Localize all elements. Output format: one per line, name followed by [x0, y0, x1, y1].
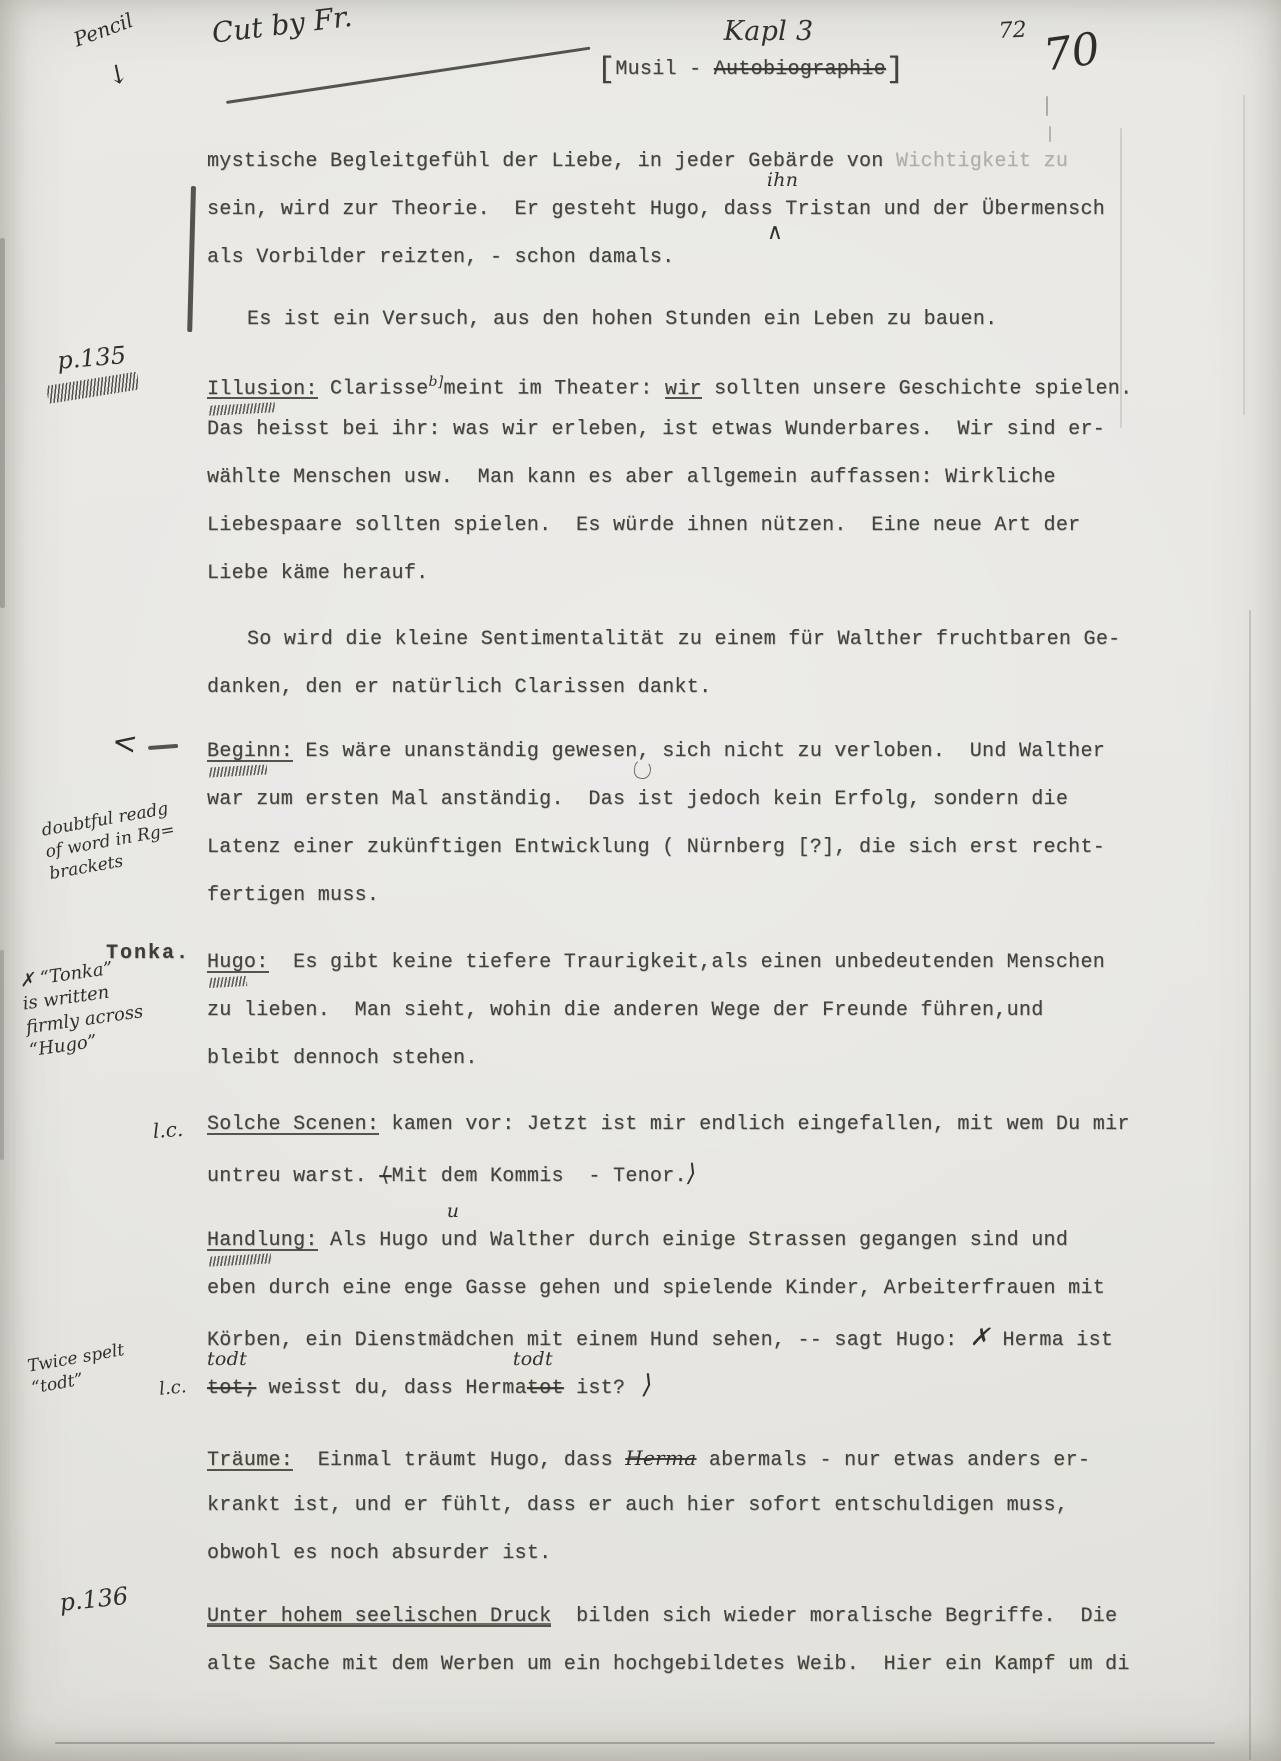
- annotated-segment: Hugo:: [207, 951, 269, 974]
- insert-angle-mark: <: [110, 722, 140, 764]
- manuscript-page: [Musil - AutobiographieKapl 3]mystische …: [0, 0, 1281, 1761]
- caret-insert-icon: ∧: [767, 222, 783, 244]
- ditto-mark-1: [1046, 96, 1048, 116]
- typed-segment: eben durch eine enge Gasse gehen und spi…: [207, 1277, 1105, 1300]
- typed-segment: Latenz einer zukünftigen Entwicklung ( N…: [207, 836, 798, 859]
- typed-line: zu lieben. Man sieht, wohin die anderen …: [207, 987, 1105, 1035]
- paragraph-6: Hugo: Es gibt keine tiefere Traurigkeit,…: [207, 939, 1105, 1083]
- typed-segment: Solche Scenen:: [207, 1113, 379, 1136]
- paragraph-8: Handlung: Als Hugo undu Walther durch ei…: [207, 1217, 1113, 1409]
- doubtful-note: doubtful readg of word in Rg= brackets: [40, 797, 180, 885]
- typed-segment: sich nicht zu verloben. Und Walther: [650, 740, 1105, 763]
- ditto-mark-2: [1049, 126, 1051, 142]
- typed-segment: fertigen muss.: [207, 884, 379, 907]
- typed-line: So wird die kleine Sentimentalität zu ei…: [207, 616, 1120, 664]
- typed-segment: bilden sich wieder moralische Begriffe. …: [551, 1605, 1117, 1628]
- typed-line: Liebespaare sollten spielen. Es würde ih…: [207, 502, 1132, 550]
- typed-segment: Herma: [625, 1446, 696, 1470]
- annotated-segment: Beginn:: [207, 740, 293, 763]
- paragraph-3: Illusion: Clarisseb]meint im Theater: wi…: [207, 358, 1132, 598]
- right-crease: [1249, 610, 1251, 1760]
- typed-segment: [773, 198, 785, 221]
- typed-segment: tot;: [207, 1377, 256, 1400]
- typed-segment: abermals - nur etwas anders er-: [697, 1449, 1091, 1472]
- typed-line: Illusion: Clarisseb]meint im Theater: wi…: [207, 358, 1132, 406]
- typed-line: Das heisst bei ihr: was wir erleben, ist…: [207, 406, 1132, 454]
- typed-line: war zum ersten Mal anständig. Das ist je…: [207, 776, 1105, 824]
- annotated-segment: AutobiographieKapl 3: [714, 58, 886, 81]
- typed-segment: war zum ersten Mal anständig. Das ist je…: [207, 788, 1068, 811]
- paragraph-7: Solche Scenen: kamen vor: Jetzt ist mir …: [207, 1101, 1130, 1197]
- typed-segment: Beginn:: [207, 740, 293, 763]
- interlinear-insertion: u: [447, 1202, 460, 1221]
- typed-segment: Walther durch einige Strassen gegangen s…: [478, 1229, 1069, 1252]
- paragraph-1: mystische Begleitgefühl der Liebe, in je…: [207, 138, 1105, 282]
- lc-note-1: l.c.: [152, 1116, 184, 1144]
- paragraph-5: Beginn: Es wäre unanständig gewesen, sic…: [207, 728, 1105, 920]
- cut-by-note: Cut by Fr.: [210, 0, 354, 52]
- typed-segment: [?]: [798, 836, 835, 859]
- typed-segment: wählte Menschen usw. Man kann es aber al…: [207, 466, 1056, 489]
- bottom-scan-line: [55, 1742, 1215, 1744]
- typed-segment: , die sich erst recht-: [834, 836, 1105, 859]
- typed-line: danken, den er natürlich Clarissen dankt…: [207, 664, 1120, 712]
- page-number-large: 70: [1040, 20, 1103, 84]
- typed-segment: Einmal träumt Hugo, dass: [293, 1449, 625, 1472]
- typed-segment: Tristan und der Übermensch: [785, 198, 1105, 221]
- typed-line: eben durch eine enge Gasse gehen und spi…: [207, 1265, 1113, 1313]
- right-crease-top: [1243, 95, 1245, 415]
- typed-segment: Körben, ein Dienstmädchen mit einem Hund…: [207, 1329, 970, 1352]
- typed-segment: Herma ist: [990, 1329, 1113, 1352]
- typed-segment: Musil -: [615, 58, 713, 81]
- page-number-small: 72: [998, 17, 1027, 47]
- typed-line: bleibt dennoch stehen.: [207, 1035, 1105, 1083]
- twice-spelt-note: Twice spelt “todt”: [26, 1339, 130, 1399]
- annotated-segment: Handlung:: [207, 1229, 318, 1252]
- typed-segment: ist?: [564, 1377, 626, 1400]
- interlinear-insertion: Kapl 3: [724, 18, 814, 45]
- typed-line: mystische Begleitgefühl der Liebe, in je…: [207, 138, 1105, 186]
- typed-segment: ⟩: [625, 1370, 653, 1400]
- tonka-note: ✗ “Tonka” is written firmly across “Hugo…: [18, 954, 148, 1063]
- left-edge-mark: [0, 238, 5, 608]
- typed-line: als Vorbilder reizten, - schon damals.: [207, 234, 1105, 282]
- margin-vertical-stroke: [187, 186, 196, 332]
- typed-segment: Autobiographie: [714, 58, 886, 81]
- annotated-segment: undu: [441, 1229, 478, 1252]
- typed-line: Liebe käme herauf.: [207, 550, 1132, 598]
- typed-segment: sollten unsere Geschichte spielen.: [702, 378, 1133, 401]
- typed-line: wählte Menschen usw. Man kann es aber al…: [207, 454, 1132, 502]
- typed-line: sein, wird zur Theorie. Er gesteht Hugo,…: [207, 186, 1105, 234]
- p136-note: p.136: [58, 1581, 130, 1619]
- left-edge-mark-2: [0, 950, 4, 1160]
- interlinear-insertion: todt: [513, 1350, 553, 1369]
- lc-note-2: l.c.: [158, 1375, 188, 1401]
- typed-segment: obwohl es noch absurder ist.: [207, 1542, 551, 1565]
- typed-segment: kamen vor: Jetzt ist mir endlich eingefa…: [379, 1113, 1129, 1136]
- typed-segment: Mit dem Kommis - Tenor.: [392, 1165, 687, 1188]
- typed-segment: ⟩: [687, 1159, 697, 1187]
- pencil-arrow-icon: ↓: [104, 57, 132, 95]
- insert-dash: [148, 744, 178, 750]
- typed-segment: So wird die kleine Sentimentalität zu ei…: [247, 628, 1120, 651]
- typed-segment: alte Sache mit dem Werben um ein hochgeb…: [207, 1653, 1130, 1676]
- typed-segment: Hugo:: [207, 951, 269, 974]
- header-title: [Musil - AutobiographieKapl 3]: [597, 46, 904, 94]
- right-margin-line: [1120, 128, 1122, 428]
- typed-segment: Träume:: [207, 1449, 293, 1472]
- annotated-segment: tottodt: [527, 1377, 564, 1400]
- typed-line: Unter hohem seelischen Druck bilden sich…: [207, 1593, 1130, 1641]
- pencil-note: Pencil: [70, 7, 136, 52]
- typed-segment: Es wäre unanständig gewesen: [293, 740, 637, 763]
- scribble-mark: [209, 976, 247, 988]
- typed-segment: ⟨: [379, 1165, 391, 1188]
- typed-segment: weisst du, dass: [256, 1377, 465, 1400]
- typed-segment: Liebe käme herauf.: [207, 562, 428, 585]
- typed-segment: zu lieben. Man sieht, wohin die anderen …: [207, 999, 1044, 1022]
- cut-by-underline: [226, 47, 590, 104]
- typed-line: krankt ist, und er fühlt, dass er auch h…: [207, 1482, 1090, 1530]
- annotated-segment: tot;todt: [207, 1377, 256, 1400]
- interlinear-insertion: ihn: [767, 171, 798, 190]
- typed-segment: krankt ist, und er fühlt, dass er auch h…: [207, 1494, 1068, 1517]
- typed-segment: bleibt dennoch stehen.: [207, 1047, 478, 1070]
- typed-segment: Unter hohem seelischen Druck: [207, 1605, 551, 1628]
- typed-segment: als Vorbilder reizten, - schon damals.: [207, 246, 674, 269]
- typed-line: Es ist ein Versuch, aus den hohen Stunde…: [207, 296, 997, 344]
- typed-line: Beginn: Es wäre unanständig gewesen, sic…: [207, 728, 1105, 776]
- paragraph-9: Träume: Einmal träumt Hugo, dass Herma a…: [207, 1434, 1090, 1578]
- typed-line: fertigen muss.: [207, 872, 1105, 920]
- annotated-segment: ihn∧: [773, 198, 785, 221]
- typed-segment: tot: [527, 1377, 564, 1400]
- typed-segment: ]: [886, 53, 904, 87]
- typed-segment: Illusion:: [207, 378, 318, 401]
- typed-segment: Liebespaare sollten spielen. Es würde ih…: [207, 514, 1080, 537]
- annotated-segment: Illusion:: [207, 378, 318, 401]
- typed-segment: Clarisse: [318, 378, 429, 401]
- typed-line: Solche Scenen: kamen vor: Jetzt ist mir …: [207, 1101, 1130, 1149]
- p135-note: p.135: [56, 340, 127, 377]
- typed-line: Latenz einer zukünftigen Entwicklung ( N…: [207, 824, 1105, 872]
- paragraph-10: Unter hohem seelischen Druck bilden sich…: [207, 1593, 1130, 1689]
- annotated-segment: ,: [638, 740, 650, 763]
- typed-line: Körben, ein Dienstmädchen mit einem Hund…: [207, 1313, 1113, 1361]
- typed-line: tot;todt weisst du, dass Hermatottodt is…: [207, 1361, 1113, 1409]
- typed-segment: Es gibt keine tiefere Traurigkeit,als ei…: [269, 951, 1106, 974]
- typed-segment: Handlung:: [207, 1229, 318, 1252]
- typed-segment: Herma: [465, 1377, 527, 1400]
- typed-segment: b]: [428, 374, 443, 390]
- typed-segment: [: [597, 53, 615, 87]
- typed-segment: Als Hugo: [318, 1229, 441, 1252]
- interlinear-insertion: todt: [207, 1350, 247, 1369]
- typed-segment: Es ist ein Versuch, aus den hohen Stunde…: [247, 308, 997, 331]
- typed-segment: danken, den er natürlich Clarissen dankt…: [207, 676, 711, 699]
- typed-line: alte Sache mit dem Werben um ein hochgeb…: [207, 1641, 1130, 1689]
- typed-segment: und: [441, 1229, 478, 1252]
- typed-segment: ✗: [970, 1323, 990, 1351]
- typed-segment: untreu warst.: [207, 1165, 379, 1188]
- paragraph-4: So wird die kleine Sentimentalität zu ei…: [207, 616, 1120, 712]
- typed-segment: sein, wird zur Theorie. Er gesteht Hugo,…: [207, 198, 773, 221]
- typed-line: [Musil - AutobiographieKapl 3]: [597, 46, 904, 94]
- typed-line: untreu warst. ⟨Mit dem Kommis - Tenor.⟩: [207, 1149, 1130, 1197]
- typed-segment: wir: [665, 378, 702, 401]
- typed-line: Hugo: Es gibt keine tiefere Traurigkeit,…: [207, 939, 1105, 987]
- typed-segment: meint im Theater:: [443, 378, 664, 401]
- typed-segment: Das heisst bei ihr: was wir erleben, ist…: [207, 418, 1105, 441]
- typed-segment: Wichtigkeit zu: [896, 150, 1068, 173]
- paragraph-2: Es ist ein Versuch, aus den hohen Stunde…: [207, 296, 997, 344]
- typed-line: Träume: Einmal träumt Hugo, dass Herma a…: [207, 1434, 1090, 1482]
- typed-line: obwohl es noch absurder ist.: [207, 1530, 1090, 1578]
- typed-line: Handlung: Als Hugo undu Walther durch ei…: [207, 1217, 1113, 1265]
